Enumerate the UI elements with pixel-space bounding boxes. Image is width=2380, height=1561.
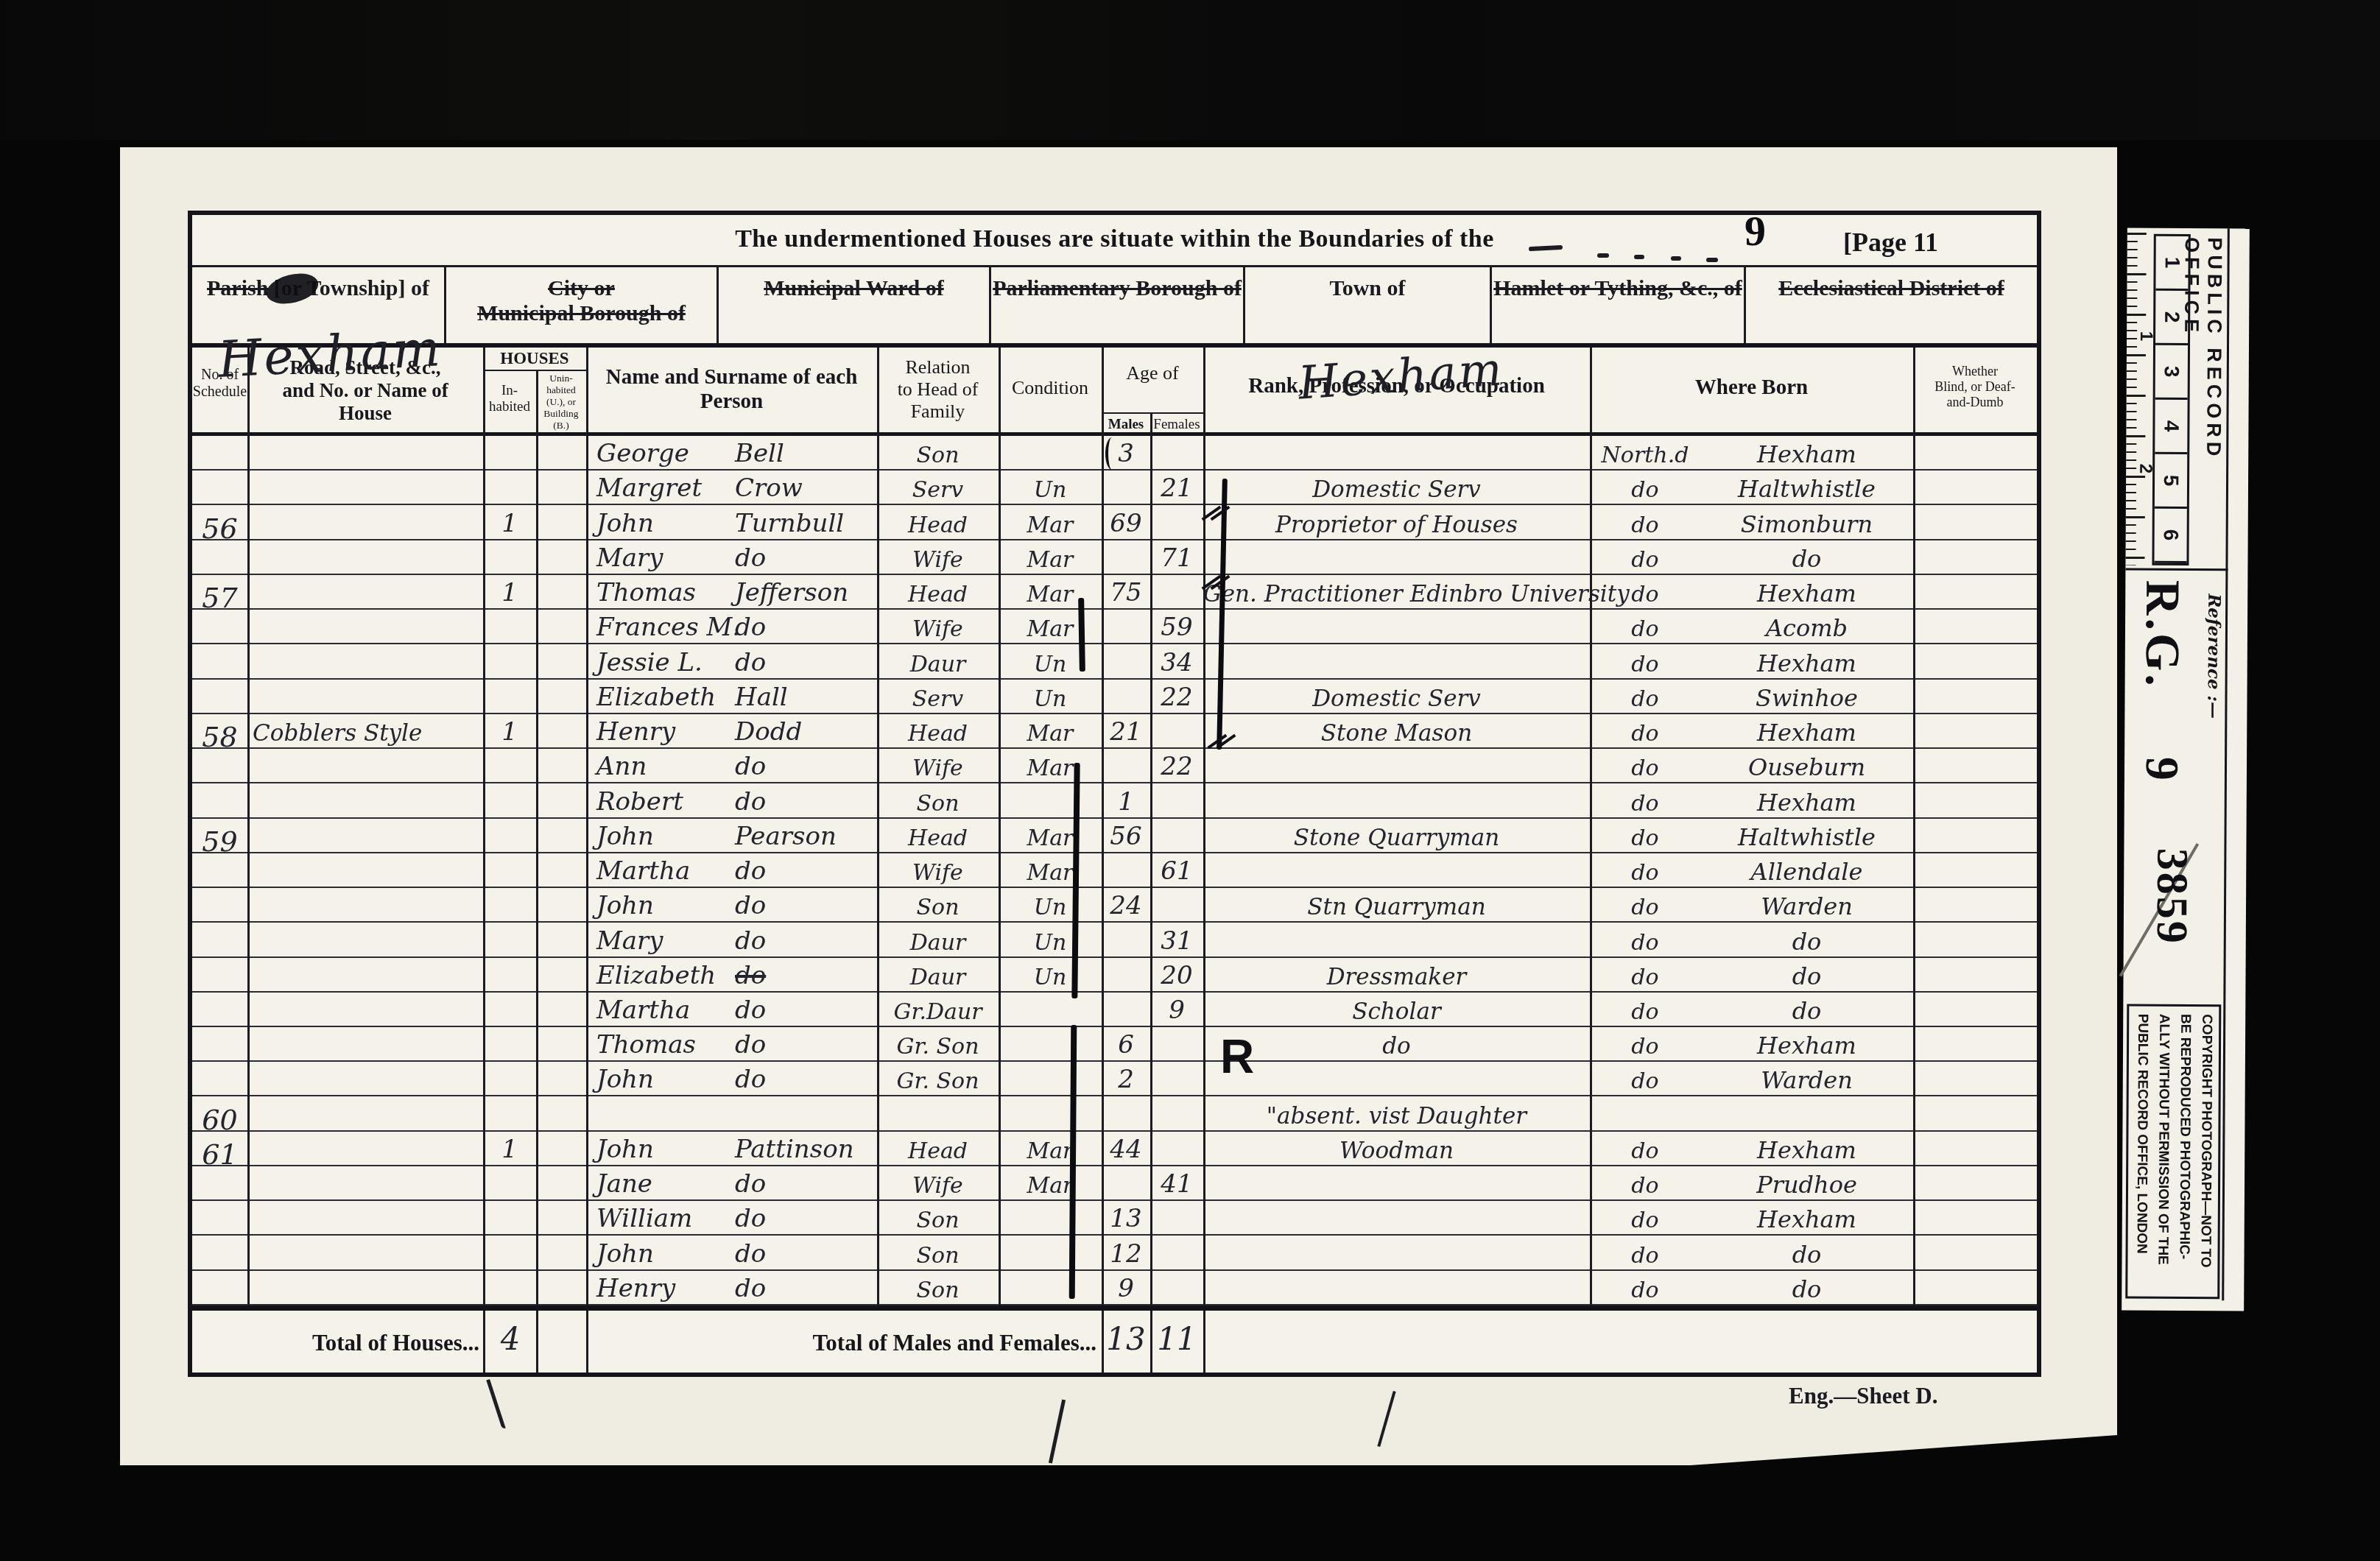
occupation-value: Stone Mason <box>1203 720 1590 747</box>
born-place-value: do <box>1700 545 1913 573</box>
person-given-name: Elizabeth <box>596 961 716 990</box>
person-surname: do <box>735 752 766 781</box>
eccl-district-label: Ecclesiastical District of <box>1778 276 2004 300</box>
relation-value: Head <box>877 582 999 607</box>
table-row: 56 1 John Turnbull Head Mar 69 Proprieto… <box>192 505 2037 540</box>
scanned-census-image: The undermentioned Houses are situate wi… <box>0 0 2380 1561</box>
condition-value: Mar <box>999 755 1102 781</box>
person-given-name: Ann <box>596 752 647 781</box>
page-number: 9 <box>1744 206 1766 256</box>
born-county-value: do <box>1590 755 1700 781</box>
hamlet-label: Hamlet or Tything, &c., of <box>1493 276 1742 300</box>
person-given-name: Thomas <box>596 578 696 607</box>
occupation-value: Gen. Practitioner Edinbro University <box>1203 581 1590 607</box>
born-county-value: do <box>1590 686 1700 712</box>
condition-value: Mar <box>999 860 1102 886</box>
table-row: Ann do Wife Mar 22 do Ouseburn <box>192 749 2037 783</box>
occupation-value: Stn Quarryman <box>1203 894 1590 920</box>
copyright-text: COPYRIGHT PHOTOGRAPH—NOT TOBE REPRODUCED… <box>2127 1007 2220 1297</box>
header-parl-borough: Parliamentary Borough of <box>991 267 1245 343</box>
person-given-name: Frances M. <box>596 613 740 642</box>
born-place-value: Hexham <box>1700 649 1913 677</box>
series-number: 9 <box>2138 757 2190 831</box>
table-row: Frances M. do Wife Mar 59 do Acomb <box>192 610 2037 644</box>
ink-dash <box>1671 256 1681 261</box>
ink-dash <box>1597 253 1609 258</box>
borough-label: City or Municipal Borough of <box>477 276 686 325</box>
age-male-value: 44 <box>1102 1135 1150 1164</box>
copyright-line: PUBLIC RECORD OFFICE, LONDON <box>2130 1014 2153 1289</box>
table-row: Jane do Wife Mar 41 do Prudhoe <box>192 1166 2037 1201</box>
born-place-value: Haltwhistle <box>1700 823 1913 851</box>
ink-bracket <box>1105 437 1119 470</box>
scale-cell: 3 <box>2155 345 2188 400</box>
condition-value: Mar <box>999 1173 1102 1199</box>
person-given-name: Henry <box>596 1274 675 1303</box>
person-surname: Dodd <box>735 717 802 747</box>
relation-value: Wife <box>877 1173 999 1199</box>
person-surname: Pearson <box>735 822 837 851</box>
occupation-value: Dressmaker <box>1203 964 1590 990</box>
born-place-value: Hexham <box>1700 719 1913 747</box>
ink-slash <box>1049 1399 1066 1463</box>
inhabited-mark: 1 <box>483 1135 536 1164</box>
age-female-value: 71 <box>1150 543 1203 573</box>
age-female-value: 22 <box>1150 683 1203 712</box>
relation-value: Gr. Son <box>877 1068 999 1094</box>
parish-struck-label: Parish <box>207 276 268 300</box>
born-place-value: Warden <box>1700 1066 1913 1094</box>
age-male-value: 56 <box>1102 822 1150 851</box>
born-place-value: do <box>1700 962 1913 990</box>
person-surname: do <box>735 891 766 920</box>
table-row: Thomas do Gr. Son 6 do do Hexham <box>192 1027 2037 1062</box>
born-county-value: do <box>1590 1278 1700 1303</box>
person-given-name: Martha <box>596 856 690 886</box>
born-county-value: do <box>1590 825 1700 851</box>
person-surname: Jefferson <box>735 578 848 607</box>
person-surname: do <box>735 1030 766 1060</box>
born-place-value: Hexham <box>1700 1136 1913 1164</box>
ink-double-slash <box>1210 502 1235 518</box>
col-condition: Condition <box>999 377 1102 399</box>
col-born: Where Born <box>1590 376 1913 400</box>
ink-slash <box>1377 1391 1395 1447</box>
relation-value: Head <box>877 721 999 747</box>
total-males-females-label: Total of Males and Females... <box>590 1330 1096 1356</box>
house-name: Cobblers Style <box>253 720 496 747</box>
born-place-value: Hexham <box>1700 1205 1913 1233</box>
person-given-name: Jessie L. <box>596 648 703 677</box>
born-place-value: Hexham <box>1700 440 1913 468</box>
person-surname: do <box>735 1204 766 1233</box>
born-county-value: do <box>1590 999 1700 1025</box>
born-place-value: Prudhoe <box>1700 1171 1913 1199</box>
r-annotation: R <box>1220 1029 1254 1084</box>
occupation-value: Proprietor of Houses <box>1203 512 1590 538</box>
person-given-name: Jane <box>596 1169 652 1199</box>
born-place-value: do <box>1700 997 1913 1025</box>
person-given-name: Robert <box>596 787 683 817</box>
relation-value: Wife <box>877 755 999 781</box>
parish-value-handwritten: Hexham <box>216 320 443 390</box>
col-males: Males <box>1102 412 1150 433</box>
piece-number: 3859 <box>2129 848 2197 1007</box>
occupation-value: Scholar <box>1203 998 1590 1025</box>
occupation-value: "absent. vist Daughter <box>1203 1103 1590 1130</box>
condition-value: Mar <box>999 825 1102 851</box>
person-surname: Hall <box>735 683 788 712</box>
born-county-value: do <box>1590 582 1700 607</box>
age-male-value: 21 <box>1102 717 1150 747</box>
age-female-value: 59 <box>1150 613 1203 642</box>
age-female-value: 21 <box>1150 473 1203 503</box>
ward-label: Municipal Ward of <box>764 276 943 300</box>
page-label: [Page 11 <box>1843 227 1938 258</box>
relation-value: Head <box>877 1138 999 1164</box>
person-surname: Turnbull <box>735 509 844 538</box>
age-male-value: 69 <box>1102 509 1150 538</box>
person-surname: Bell <box>735 439 784 468</box>
person-surname: do <box>735 926 766 956</box>
person-given-name: John <box>596 822 654 851</box>
data-grid: George Bell Son 3 North.d Hexham Margre <box>192 436 2037 1305</box>
born-place-value: Allendale <box>1700 858 1913 886</box>
col-relation: Relation to Head of Family <box>877 356 999 423</box>
relation-value: Wife <box>877 616 999 642</box>
person-surname: do <box>735 856 766 886</box>
age-male-value: 12 <box>1102 1239 1150 1269</box>
born-county-value: do <box>1590 1173 1700 1199</box>
person-surname: do <box>735 648 766 677</box>
condition-value: Un <box>999 930 1102 956</box>
table-row: 58 Cobblers Style 1 Henry Dodd Head Mar … <box>192 714 2037 749</box>
person-surname: do <box>735 613 766 642</box>
table-row: William do Son 13 do Hexham <box>192 1201 2037 1236</box>
condition-value: Mar <box>999 616 1102 642</box>
record-series: R.G. <box>2126 580 2190 739</box>
col-blind: Whether Blind, or Deaf- and-Dumb <box>1913 364 2037 410</box>
age-female-value: 61 <box>1150 856 1203 886</box>
occupation-value: do <box>1203 1033 1590 1060</box>
person-given-name: John <box>596 1239 654 1269</box>
table-row: 57 1 Thomas Jefferson Head Mar 75 Gen. P… <box>192 575 2037 610</box>
person-surname: do <box>735 961 766 990</box>
born-county-value: do <box>1590 1208 1700 1233</box>
person-surname: Pattinson <box>735 1135 854 1164</box>
table-row: John do Gr. Son 2 do Warden <box>192 1062 2037 1096</box>
age-female-value: 34 <box>1150 648 1203 677</box>
person-given-name: Henry <box>596 717 675 747</box>
born-county-value: North.d <box>1590 443 1700 468</box>
header-eccl-district: Ecclesiastical District of <box>1746 267 2037 343</box>
person-surname: do <box>735 1274 766 1303</box>
age-male-value: 13 <box>1102 1204 1150 1233</box>
header-town: Town of <box>1245 267 1492 343</box>
relation-value: Serv <box>877 477 999 503</box>
copyright-line: ALLY WITHOUT PERMISSION OF THE <box>2152 1014 2175 1289</box>
born-county-value: do <box>1590 477 1700 503</box>
relation-value: Son <box>877 1278 999 1303</box>
relation-value: Son <box>877 1208 999 1233</box>
born-place-value: Hexham <box>1700 579 1913 607</box>
condition-value: Mar <box>999 512 1102 538</box>
scale-cell: 5 <box>2155 454 2187 509</box>
born-place-value: Acomb <box>1700 614 1913 642</box>
age-female-value: 31 <box>1150 926 1203 956</box>
person-surname: Crow <box>735 473 803 503</box>
table-row: Martha do Wife Mar 61 do Allendale <box>192 853 2037 888</box>
person-given-name: Thomas <box>596 1030 696 1060</box>
total-houses-label: Total of Houses... <box>192 1330 479 1356</box>
ink-tally-stroke <box>1078 598 1085 672</box>
inhabited-mark: 1 <box>483 509 536 538</box>
ink-double-slash <box>1216 730 1241 747</box>
condition-value: Un <box>999 652 1102 677</box>
table-row: John do Son 12 do do <box>192 1236 2037 1270</box>
col-houses: HOUSES <box>483 349 586 371</box>
born-place-value: Simonburn <box>1700 510 1913 538</box>
age-male-value: 9 <box>1102 1274 1150 1303</box>
table-row: Robert do Son 1 do Hexham <box>192 783 2037 818</box>
col-inhabited: In- habited <box>483 383 536 415</box>
table-row: 60 "absent. vist Daughter <box>192 1096 2037 1131</box>
age-female-value: 41 <box>1150 1169 1203 1199</box>
condition-value: Mar <box>999 721 1102 747</box>
person-given-name: John <box>596 891 654 920</box>
person-surname: do <box>735 1239 766 1269</box>
relation-value: Son <box>877 443 999 468</box>
col-uninhabited: Unin- habited (U.), or Building (B.) <box>536 373 586 431</box>
ink-dash <box>1634 255 1644 259</box>
born-place-value: do <box>1700 928 1913 956</box>
table-row: Mary do Wife Mar 71 do do <box>192 540 2037 575</box>
table-row: Elizabeth do Daur Un 20 Dressmaker do do <box>192 958 2037 993</box>
born-place-value: Ouseburn <box>1700 753 1913 781</box>
inhabited-mark: 1 <box>483 578 536 607</box>
person-given-name: William <box>596 1204 692 1233</box>
relation-value: Wife <box>877 547 999 573</box>
relation-value: Serv <box>877 686 999 712</box>
born-place-value: do <box>1700 1275 1913 1303</box>
age-male-value: 24 <box>1102 891 1150 920</box>
column-headers: No. of Schedule Road, Street, &c., and N… <box>192 348 2037 436</box>
born-county-value: do <box>1590 652 1700 677</box>
person-surname: do <box>735 996 766 1025</box>
born-place-value: Warden <box>1700 892 1913 920</box>
age-female-value: 9 <box>1150 996 1203 1025</box>
born-place-value: Haltwhistle <box>1700 475 1913 503</box>
totals-band: Total of Houses... 4 Total of Males and … <box>192 1305 2037 1373</box>
col-age: Age of <box>1102 362 1203 384</box>
age-male-value: 6 <box>1102 1030 1150 1060</box>
scale-cell: 6 <box>2154 509 2186 563</box>
person-surname: do <box>735 1169 766 1199</box>
condition-value: Mar <box>999 582 1102 607</box>
born-county-value: do <box>1590 547 1700 573</box>
table-row: John do Son Un 24 Stn Quarryman do Warde… <box>192 888 2037 923</box>
ink-dash <box>1706 258 1718 262</box>
condition-value: Un <box>999 965 1102 990</box>
born-county-value: do <box>1590 895 1700 920</box>
table-row: Elizabeth Hall Serv Un 22 Domestic Serv … <box>192 680 2037 714</box>
born-county-value: do <box>1590 616 1700 642</box>
person-given-name: Elizabeth <box>596 683 716 712</box>
condition-value: Mar <box>999 1138 1102 1164</box>
relation-value: Head <box>877 825 999 851</box>
person-surname: do <box>735 787 766 817</box>
scale-cell: 4 <box>2155 400 2187 454</box>
relation-value: Wife <box>877 860 999 886</box>
occupation-value: Domestic Serv <box>1203 686 1590 712</box>
person-given-name: Margret <box>596 473 702 503</box>
person-given-name: John <box>596 1135 654 1164</box>
relation-value: Daur <box>877 965 999 990</box>
person-given-name: Mary <box>596 926 663 956</box>
age-male-value: 2 <box>1102 1065 1150 1094</box>
copyright-box: COPYRIGHT PHOTOGRAPH—NOT TOBE REPRODUCED… <box>2125 1004 2221 1300</box>
age-male-value: 75 <box>1102 578 1150 607</box>
sheet-footnote: Eng.—Sheet D. <box>1789 1383 1937 1409</box>
relation-value: Daur <box>877 652 999 677</box>
col-name: Name and Surname of each Person <box>586 365 877 414</box>
condition-value: Un <box>999 686 1102 712</box>
age-female-value: 20 <box>1150 961 1203 990</box>
header-ward: Municipal Ward of <box>719 267 991 343</box>
born-place-value: Hexham <box>1700 789 1913 817</box>
table-row: 61 1 John Pattinson Head Mar 44 Woodman … <box>192 1132 2037 1166</box>
table-row: Margret Crow Serv Un 21 Domestic Serv do… <box>192 471 2037 505</box>
relation-value: Son <box>877 791 999 817</box>
pro-reference-card: 1 2 123456 PUBLIC RECORD OFFICE R.G. Ref… <box>2122 228 2250 1311</box>
relation-value: Gr.Daur <box>877 999 999 1025</box>
person-given-name: Martha <box>596 996 690 1025</box>
table-row: 59 John Pearson Head Mar 56 Stone Quarry… <box>192 819 2037 853</box>
born-place-value: Swinhoe <box>1700 684 1913 712</box>
copyright-line: BE REPRODUCED PHOTOGRAPHIC- <box>2173 1014 2196 1289</box>
born-place-value: do <box>1700 1241 1913 1269</box>
born-county-value: do <box>1590 1138 1700 1164</box>
occupation-value: Domestic Serv <box>1203 476 1590 503</box>
header-hamlet: Hamlet or Tything, &c., of <box>1492 267 1746 343</box>
table-row: Jessie L. do Daur Un 34 do Hexham <box>192 644 2037 679</box>
condition-value: Un <box>999 477 1102 503</box>
card-divider <box>2125 568 2228 571</box>
born-county-value: do <box>1590 965 1700 990</box>
header-borough: City or Municipal Borough of <box>446 267 719 343</box>
relation-value: Son <box>877 1243 999 1269</box>
born-place-value: Hexham <box>1700 1032 1913 1060</box>
table-row: Henry do Son 9 do do <box>192 1271 2037 1305</box>
born-county-value: do <box>1590 1243 1700 1269</box>
table-row: Martha do Gr.Daur 9 Scholar do do <box>192 993 2037 1027</box>
born-county-value: do <box>1590 1068 1700 1094</box>
born-county-value: do <box>1590 791 1700 817</box>
relation-value: Gr. Son <box>877 1034 999 1060</box>
born-county-value: do <box>1590 512 1700 538</box>
person-given-name: George <box>596 439 689 468</box>
person-given-name: John <box>596 509 654 538</box>
born-county-value: do <box>1590 721 1700 747</box>
person-surname: do <box>735 543 766 573</box>
ink-flourish <box>486 1379 505 1429</box>
condition-value: Un <box>999 895 1102 920</box>
born-county-value: do <box>1590 860 1700 886</box>
boundary-header: Parish [or Township] of City or Municipa… <box>192 265 2037 348</box>
relation-value: Daur <box>877 930 999 956</box>
office-title: PUBLIC RECORD OFFICE <box>2190 237 2225 565</box>
person-given-name: Mary <box>596 543 663 573</box>
total-houses-value: 4 <box>485 1321 535 1357</box>
census-form: The undermentioned Houses are situate wi… <box>188 211 2041 1377</box>
occupation-value: Woodman <box>1203 1138 1590 1164</box>
age-male-value: 1 <box>1102 787 1150 817</box>
table-row: Mary do Daur Un 31 do do <box>192 923 2037 957</box>
person-surname: do <box>735 1065 766 1094</box>
parl-borough-label: Parliamentary Borough of <box>993 276 1242 300</box>
ruler-scale <box>2125 233 2152 565</box>
born-county-value: do <box>1590 1034 1700 1060</box>
relation-value: Son <box>877 895 999 920</box>
col-females: Females <box>1150 412 1203 433</box>
copyright-line: COPYRIGHT PHOTOGRAPH—NOT TO <box>2194 1014 2217 1289</box>
born-county-value: do <box>1590 930 1700 956</box>
total-females-value: 11 <box>1150 1321 1203 1357</box>
occupation-value: Stone Quarryman <box>1203 825 1590 851</box>
town-label: Town of <box>1329 276 1405 300</box>
ink-blot <box>263 269 321 309</box>
ink-double-slash <box>1210 571 1235 588</box>
person-given-name: John <box>596 1065 654 1094</box>
reference-label: Reference :— <box>2198 593 2224 733</box>
total-males-value: 13 <box>1102 1321 1150 1357</box>
condition-value: Mar <box>999 547 1102 573</box>
age-female-value: 22 <box>1150 752 1203 781</box>
census-page: The undermentioned Houses are situate wi… <box>120 147 2117 1465</box>
inhabited-mark: 1 <box>483 717 536 747</box>
relation-value: Head <box>877 512 999 538</box>
heading-band: The undermentioned Houses are situate wi… <box>192 215 2037 265</box>
